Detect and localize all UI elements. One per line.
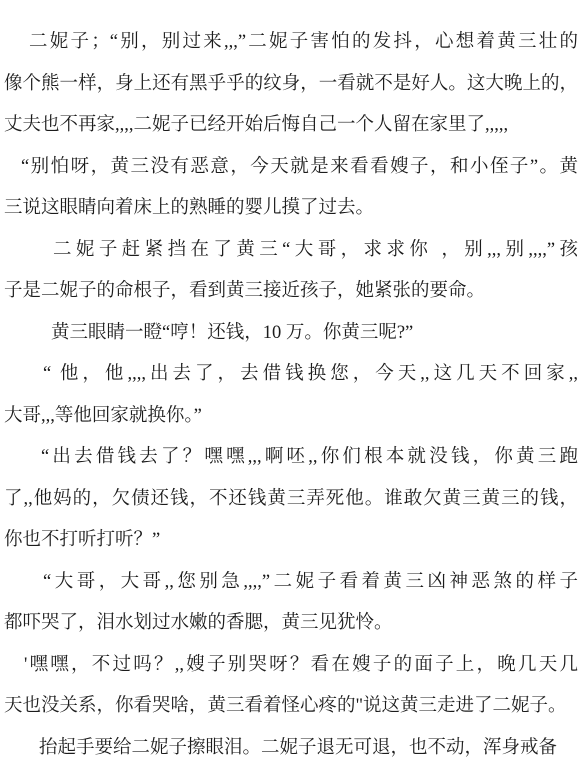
document-page: 二妮子；“别，别过来,,,”二妮子害怕的发抖，心想着黄三壮的 像个熊一样，身上还… (0, 0, 583, 774)
paragraph: 二妮子赶紧挡在了黄三“大哥，求求你 ，别,,,别,,,,”孩 子是二妮子的命根子… (4, 230, 578, 313)
text-line: 三说这眼睛向着床上的熟睡的婴儿摸了过去。 (4, 188, 578, 230)
text-line: “ 他，他,,,,出去了，去借钱换您，今天,,这几天不回家,, (4, 354, 578, 396)
paragraph: “出去借钱去了？嘿嘿,,,啊呸,,你们根本就没钱，你黄三跑 了,,他妈的，欠债还… (4, 437, 578, 562)
text-line: 丈夫也不再家,,,,二妮子已经开始后悔自己一个人留在家里了,,,,, (4, 105, 578, 147)
text-line: “出去借钱去了？嘿嘿,,,啊呸,,你们根本就没钱，你黄三跑 (4, 437, 578, 479)
paragraph: 黄三眼睛一瞪“哼！还钱，10 万。你黄三呢?” (4, 313, 578, 355)
text-line: 子是二妮子的命根子，看到黄三接近孩子，她紧张的要命。 (4, 271, 578, 313)
text-line: 都吓哭了，泪水划过水嫩的香腮，黄三见犹怜。 (4, 603, 578, 645)
text-line: 像个熊一样，身上还有黑乎乎的纹身，一看就不是好人。这大晚上的， (4, 64, 578, 106)
text-line: 天也没关系，你看哭啥，黄三看着怪心疼的"说这黄三走进了二妮子。 (4, 686, 578, 728)
paragraph: 抬起手要给二妮子擦眼泪。二妮子退无可退，也不动，浑身戒备 (4, 728, 578, 770)
text-line: '嘿嘿，不过吗？,,嫂子别哭呀？看在嫂子的面子上，晚几天几 (4, 645, 578, 687)
text-line: 你也不打听打听？” (4, 520, 578, 562)
text-line: 黄三眼睛一瞪“哼！还钱，10 万。你黄三呢?” (4, 313, 578, 355)
paragraph: “别怕呀，黄三没有恶意，今天就是来看看嫂子，和小侄子”。黄 三说这眼睛向着床上的… (4, 147, 578, 230)
text-line: 抬起手要给二妮子擦眼泪。二妮子退无可退，也不动，浑身戒备 (4, 728, 578, 770)
text-line: 二妮子；“别，别过来,,,”二妮子害怕的发抖，心想着黄三壮的 (4, 22, 578, 64)
paragraph: 二妮子；“别，别过来,,,”二妮子害怕的发抖，心想着黄三壮的 像个熊一样，身上还… (4, 22, 578, 147)
paragraph: '嘿嘿，不过吗？,,嫂子别哭呀？看在嫂子的面子上，晚几天几 天也没关系，你看哭啥… (4, 645, 578, 728)
paragraph: “大哥，大哥,,您别急,,,,”二妮子看着黄三凶神恶煞的样子 都吓哭了，泪水划过… (4, 562, 578, 645)
text-line: “大哥，大哥,,您别急,,,,”二妮子看着黄三凶神恶煞的样子 (4, 562, 578, 604)
text-line: “别怕呀，黄三没有恶意，今天就是来看看嫂子，和小侄子”。黄 (4, 147, 578, 189)
text-line: 大哥,,,等他回家就换你。” (4, 396, 578, 438)
paragraph: “ 他，他,,,,出去了，去借钱换您，今天,,这几天不回家,, 大哥,,,等他回… (4, 354, 578, 437)
text-line: 二妮子赶紧挡在了黄三“大哥，求求你 ，别,,,别,,,,”孩 (4, 230, 578, 272)
text-line: 了,,他妈的，欠债还钱，不还钱黄三弄死他。谁敢欠黄三黄三的钱， (4, 479, 578, 521)
